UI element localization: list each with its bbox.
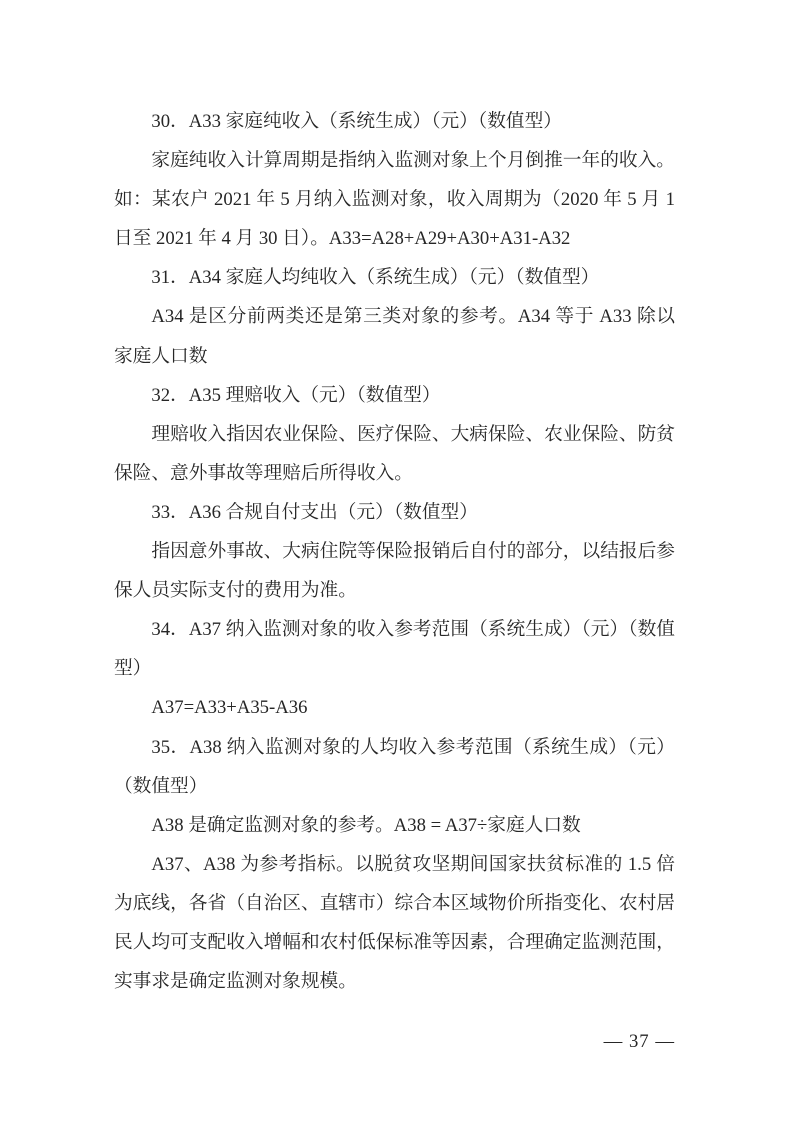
item-30-desc-line-2: 如：某农户 2021 年 5 月纳入监测对象，收入周期为（2020 年 5 月 … <box>114 180 675 219</box>
document-body: 30．A33 家庭纯收入（系统生成）（元）（数值型） 家庭纯收入计算周期是指纳入… <box>114 102 675 1001</box>
item-33-desc-line-2: 保人员实际支付的费用为准。 <box>114 571 675 610</box>
reference-note-line-3: 民人均可支配收入增幅和农村低保标准等因素，合理确定监测范围， <box>114 923 675 962</box>
page-footer: — 37 — <box>114 1022 675 1061</box>
item-34-heading-line-2: 型） <box>114 649 675 688</box>
item-32-desc-line-2: 保险、意外事故等理赔后所得收入。 <box>114 454 675 493</box>
item-33-heading-line: 33．A36 合规自付支出（元）（数值型） <box>114 493 675 532</box>
item-35-heading-line-1: 35．A38 纳入监测对象的人均收入参考范围（系统生成）（元） <box>114 728 675 767</box>
item-32-heading-line: 32．A35 理赔收入（元）（数值型） <box>114 376 675 415</box>
item-35-desc-line: A38 是确定监测对象的参考。A38 = A37÷家庭人口数 <box>114 806 675 845</box>
item-34-formula-line: A37=A33+A35-A36 <box>114 688 675 727</box>
document-page: 30．A33 家庭纯收入（系统生成）（元）（数值型） 家庭纯收入计算周期是指纳入… <box>0 0 793 1122</box>
item-31-heading-line: 31．A34 家庭人均纯收入（系统生成）（元）（数值型） <box>114 258 675 297</box>
reference-note-line-2: 为底线，各省（自治区、直辖市）综合本区域物价所指变化、农村居 <box>114 884 675 923</box>
reference-note-line-1: A37、A38 为参考指标。以脱贫攻坚期间国家扶贫标准的 1.5 倍 <box>114 845 675 884</box>
item-30-desc-line-3: 日至 2021 年 4 月 30 日）。A33=A28+A29+A30+A31-… <box>114 219 675 258</box>
item-33-desc-line-1: 指因意外事故、大病住院等保险报销后自付的部分，以结报后参 <box>114 532 675 571</box>
item-30-desc-line-1: 家庭纯收入计算周期是指纳入监测对象上个月倒推一年的收入。 <box>114 141 675 180</box>
page-number: — 37 — <box>604 1031 675 1052</box>
item-31-desc-line-2: 家庭人口数 <box>114 337 675 376</box>
item-30-heading-line: 30．A33 家庭纯收入（系统生成）（元）（数值型） <box>114 102 675 141</box>
item-34-heading-line-1: 34．A37 纳入监测对象的收入参考范围（系统生成）（元）（数值 <box>114 610 675 649</box>
item-35-heading-line-2: （数值型） <box>114 767 675 806</box>
item-32-desc-line-1: 理赔收入指因农业保险、医疗保险、大病保险、农业保险、防贫 <box>114 415 675 454</box>
item-31-desc-line-1: A34 是区分前两类还是第三类对象的参考。A34 等于 A33 除以 <box>114 297 675 336</box>
reference-note-line-4: 实事求是确定监测对象规模。 <box>114 962 675 1001</box>
